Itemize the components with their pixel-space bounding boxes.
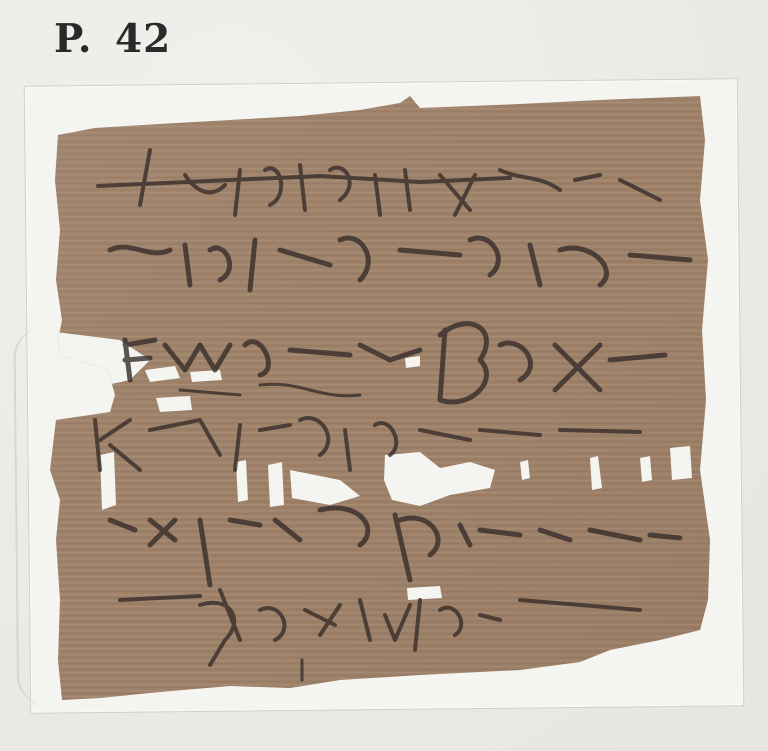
papyrus-surface — [40, 90, 730, 710]
papyrus-fragment — [0, 0, 768, 751]
